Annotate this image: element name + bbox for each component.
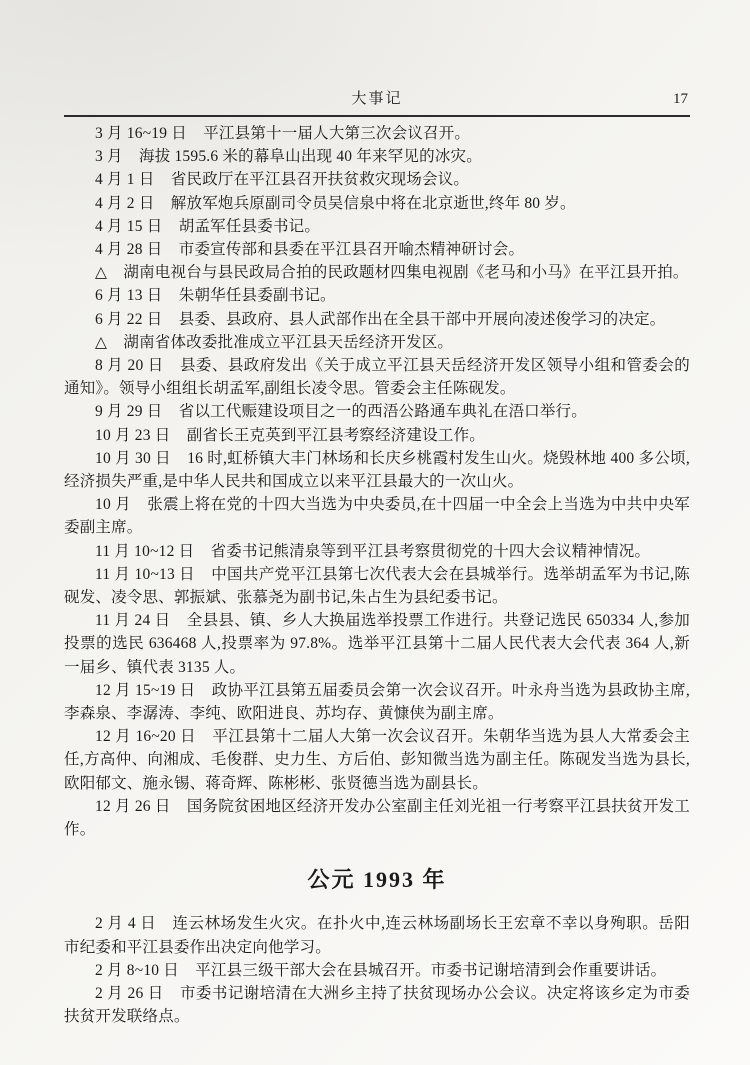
entries-1993: 2 月 4 日连云林场发生火灾。在扑火中,连云林场副场长王宏章不幸以身殉职。岳阳… xyxy=(64,912,690,1028)
entry-text: 张震上将在党的十四大当选为中央委员,在十四届一中全会上当选为中共中央军委副主席。 xyxy=(64,496,690,536)
chronicle-entry: 4 月 1 日省民政厅在平江县召开扶贫救灾现场会议。 xyxy=(64,168,690,191)
chronicle-entry: 6 月 22 日县委、县政府、县人武部作出在全县干部中开展向凌述俊学习的决定。 xyxy=(64,308,690,331)
entry-text: 平江县三级干部大会在县城召开。市委书记谢培清到会作重要讲话。 xyxy=(195,962,666,979)
year-heading-1993: 公元 1993 年 xyxy=(64,863,690,894)
chronicle-entry: △湖南电视台与县民政局合拍的民政题材四集电视剧《老马和小马》在平江县开拍。 xyxy=(64,261,690,284)
entry-text: 副省长王克英到平江县考察经济建设工作。 xyxy=(187,427,485,444)
entry-text: 市委宣传部和县委在平江县召开喻杰精神研讨会。 xyxy=(179,241,524,258)
scanned-book-page: 大事记 17 3 月 16~19 日平江县第十一届人大第三次会议召开。3 月海拔… xyxy=(0,0,750,1065)
entry-date: 11 月 24 日 xyxy=(95,612,170,629)
entry-date: 9 月 29 日 xyxy=(95,403,162,420)
entry-date: 4 月 2 日 xyxy=(95,195,155,212)
entry-date: 12 月 26 日 xyxy=(95,798,171,815)
entry-text: 省民政厅在平江县召开扶贫救灾现场会议。 xyxy=(171,171,469,188)
chronicle-entry: 4 月 28 日市委宣传部和县委在平江县召开喻杰精神研讨会。 xyxy=(64,238,690,261)
chronicle-entry: 4 月 2 日解放军炮兵原副司令员吴信泉中将在北京逝世,终年 80 岁。 xyxy=(64,192,690,215)
entry-date: 3 月 xyxy=(95,148,123,165)
entry-date: 12 月 15~19 日 xyxy=(95,682,195,699)
entry-text: 连云林场发生火灾。在扑火中,连云林场副场长王宏章不幸以身殉职。岳阳市纪委和平江县… xyxy=(64,915,690,955)
entry-date: 6 月 13 日 xyxy=(95,287,162,304)
entry-text: 胡孟军任县委书记。 xyxy=(179,218,320,235)
entry-text: 省以工代赈建设项目之一的西浯公路通车典礼在浯口举行。 xyxy=(179,403,587,420)
entry-date: 8 月 20 日 xyxy=(95,357,164,374)
chronicle-entry: 10 月 30 日16 时,虹桥镇大丰门林场和长庆乡桃霞村发生山火。烧毁林地 4… xyxy=(64,447,690,493)
entry-text: 平江县第十一届人大第三次会议召开。 xyxy=(203,125,470,142)
entry-date: 4 月 28 日 xyxy=(95,241,162,258)
chronicle-entry: 10 月张震上将在党的十四大当选为中央委员,在十四届一中全会上当选为中共中央军委… xyxy=(64,493,690,539)
chronicle-entry: 9 月 29 日省以工代赈建设项目之一的西浯公路通车典礼在浯口举行。 xyxy=(64,400,690,423)
entry-text: 县委、县政府、县人武部作出在全县干部中开展向凌述俊学习的决定。 xyxy=(179,311,666,328)
entry-text: 湖南省体改委批准成立平江县天岳经济开发区。 xyxy=(123,334,453,351)
chronicle-entry: 3 月 16~19 日平江县第十一届人大第三次会议召开。 xyxy=(64,122,690,145)
chronicle-entry: 2 月 8~10 日平江县三级干部大会在县城召开。市委书记谢培清到会作重要讲话。 xyxy=(64,959,690,982)
entry-date: △ xyxy=(95,334,107,351)
chronicle-entry: 3 月海拔 1595.6 米的幕阜山出现 40 年来罕见的冰灾。 xyxy=(64,145,690,168)
entry-text: 海拔 1595.6 米的幕阜山出现 40 年来罕见的冰灾。 xyxy=(139,148,482,165)
chronicle-entry: △湖南省体改委批准成立平江县天岳经济开发区。 xyxy=(64,331,690,354)
entry-date: 4 月 1 日 xyxy=(95,171,155,188)
running-title: 大事记 xyxy=(351,91,402,107)
chronicle-entry: 4 月 15 日胡孟军任县委书记。 xyxy=(64,215,690,238)
chronicle-entry: 2 月 26 日市委书记谢培清在大洲乡主持了扶贫现场办公会议。决定将该乡定为市委… xyxy=(64,982,690,1028)
chronicle-entry: 11 月 10~12 日省委书记熊清泉等到平江县考察贯彻党的十四大会议精神情况。 xyxy=(64,540,690,563)
entry-date: △ xyxy=(95,264,107,281)
entry-text: 省委书记熊清泉等到平江县考察贯彻党的十四大会议精神情况。 xyxy=(211,543,651,560)
chronicle-entry: 12 月 26 日国务院贫困地区经济开发办公室副主任刘光祖一行考察平江县扶贫开发… xyxy=(64,795,690,841)
chronicle-entry: 10 月 23 日副省长王克英到平江县考察经济建设工作。 xyxy=(64,424,690,447)
entry-date: 3 月 16~19 日 xyxy=(95,125,187,142)
entry-text: 湖南电视台与县民政局合拍的民政题材四集电视剧《老马和小马》在平江县开拍。 xyxy=(123,264,688,281)
chronicle-entry: 12 月 16~20 日平江县第十二届人大第一次会议召开。朱朝华当选为县人大常委… xyxy=(64,725,690,795)
chronicle-entry: 11 月 24 日全县县、镇、乡人大换届选举投票工作进行。共登记选民 65033… xyxy=(64,609,690,679)
chronicle-entry: 6 月 13 日朱朝华任县委副书记。 xyxy=(64,284,690,307)
entry-date: 2 月 8~10 日 xyxy=(95,962,179,979)
entry-date: 4 月 15 日 xyxy=(95,218,162,235)
entry-text: 朱朝华任县委副书记。 xyxy=(179,287,336,304)
chronicle-entry: 8 月 20 日县委、县政府发出《关于成立平江县天岳经济开发区领导小组和管委会的… xyxy=(64,354,690,400)
entries-1992: 3 月 16~19 日平江县第十一届人大第三次会议召开。3 月海拔 1595.6… xyxy=(64,122,690,841)
entry-date: 6 月 22 日 xyxy=(95,311,162,328)
entry-text: 解放军炮兵原副司令员吴信泉中将在北京逝世,终年 80 岁。 xyxy=(171,195,576,212)
entry-date: 11 月 10~13 日 xyxy=(95,566,195,583)
entry-date: 11 月 10~12 日 xyxy=(95,543,194,560)
chronicle-entry: 2 月 4 日连云林场发生火灾。在扑火中,连云林场副场长王宏章不幸以身殉职。岳阳… xyxy=(64,912,690,958)
chronicle-entry: 11 月 10~13 日中国共产党平江县第七次代表大会在县城举行。选举胡孟军为书… xyxy=(64,563,690,609)
page-header: 大事记 17 xyxy=(64,87,690,117)
entry-date: 10 月 xyxy=(95,496,131,513)
entry-date: 10 月 23 日 xyxy=(95,427,170,444)
entry-date: 10 月 30 日 xyxy=(95,450,171,467)
chronicle-entry: 12 月 15~19 日政协平江县第五届委员会第一次会议召开。叶永舟当选为县政协… xyxy=(64,679,690,725)
entry-date: 12 月 16~20 日 xyxy=(95,728,196,745)
page-number: 17 xyxy=(673,91,688,108)
entry-date: 2 月 26 日 xyxy=(95,985,164,1002)
entry-date: 2 月 4 日 xyxy=(95,915,156,932)
